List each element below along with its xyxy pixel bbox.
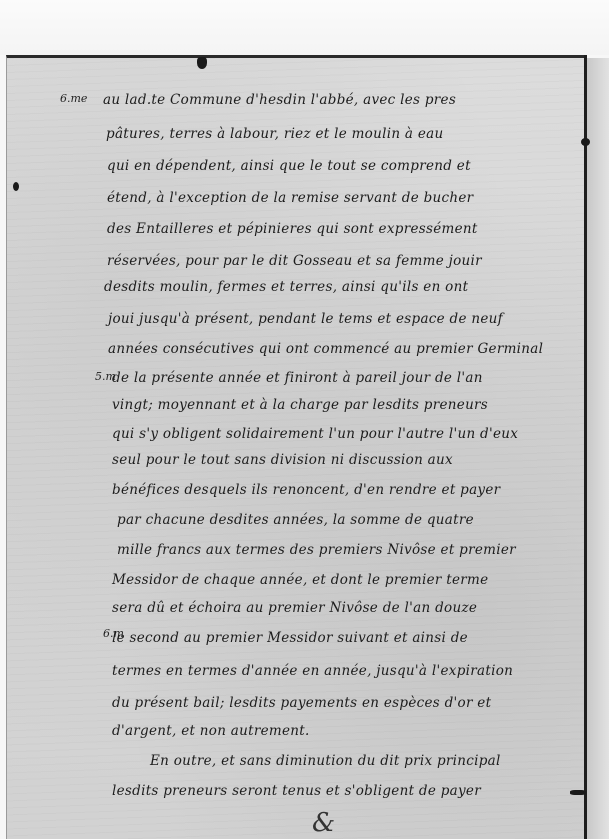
text-line: sera dû et échoira au premier Nivôse de … (112, 600, 477, 616)
text-line: réservées, pour par le dit Gosseau et sa… (107, 253, 482, 269)
text-line: desdits moulin, fermes et terres, ainsi … (104, 279, 468, 295)
text-line: lesdits preneurs seront tenus et s'oblig… (112, 783, 481, 799)
margin-note: 6.me (60, 92, 87, 105)
text-line: Messidor de chaque année, et dont le pre… (112, 572, 488, 588)
text-line: du présent bail; lesdits payements en es… (112, 695, 491, 711)
text-line: de la présente année et finiront à parei… (112, 370, 483, 386)
text-line: le second au premier Messidor suivant et… (112, 630, 468, 646)
text-line: étend, à l'exception de la remise servan… (107, 190, 473, 206)
text-line: qui s'y obligent solidairement l'un pour… (112, 426, 518, 442)
text-line: au lad.te Commune d'hesdin l'abbé, avec … (103, 92, 456, 108)
text-line: mille francs aux termes des premiers Niv… (117, 542, 516, 558)
text-line: seul pour le tout sans division ni discu… (112, 452, 453, 468)
text-line: bénéfices desquels ils renoncent, d'en r… (112, 482, 500, 498)
text-line: d'argent, et non autrement. (112, 723, 310, 739)
text-line: En outre, et sans diminution du dit prix… (150, 753, 501, 769)
text-line: vingt; moyennant et à la charge par lesd… (112, 397, 488, 413)
text-line: des Entailleres et pépinieres qui sont e… (107, 221, 478, 237)
text-line: pâtures, terres à labour, riez et le mou… (106, 126, 444, 142)
manuscript-text: 6.me 5.m 6.m au lad.te Commune d'hesdin … (0, 0, 609, 839)
text-line: par chacune desdites années, la somme de… (117, 512, 474, 528)
bottom-flourish: & (312, 808, 335, 838)
text-line: qui en dépendent, ainsi que le tout se c… (107, 158, 471, 174)
text-line: joui jusqu'à présent, pendant le tems et… (108, 311, 503, 327)
text-line: termes en termes d'année en année, jusqu… (112, 663, 513, 679)
text-line: années consécutives qui ont commencé au … (108, 341, 543, 357)
